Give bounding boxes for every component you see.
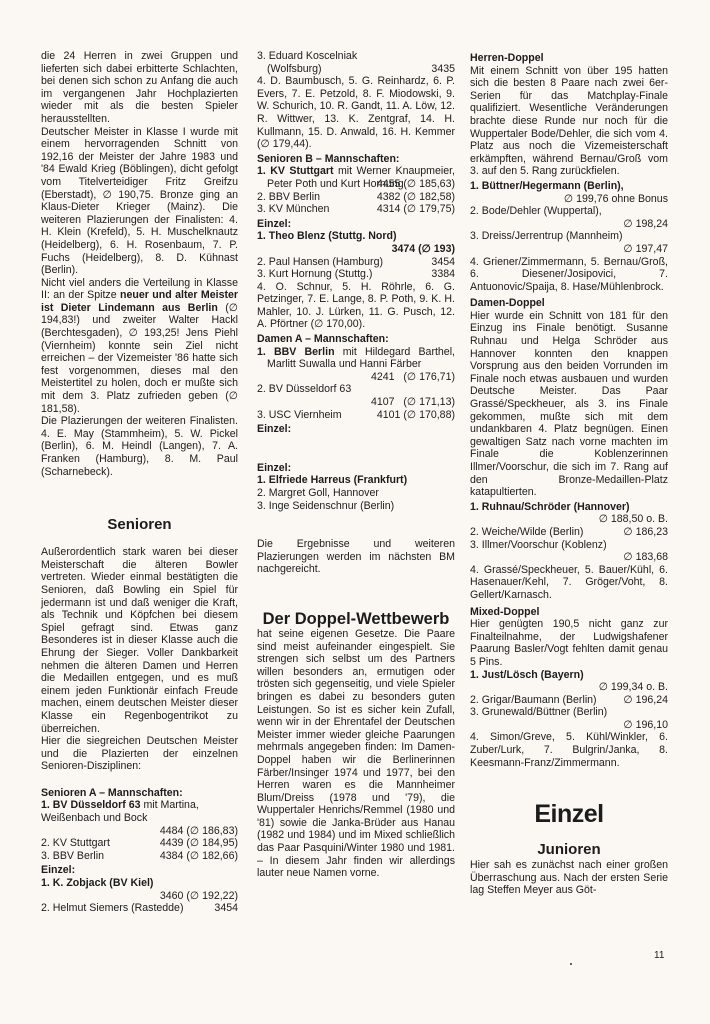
print-speck — [570, 963, 572, 965]
result-row: 3. BBV Berlin4384 (∅ 182,66) — [41, 850, 238, 863]
result-row: 2. Helmut Siemers (Rastedde)3454 — [41, 902, 238, 915]
column-2: 3. Eduard Koscelniak (Wolfsburg)3435 4. … — [257, 50, 455, 880]
mixed-doppel-winner-score: ∅ 199,34 o. B. — [470, 681, 668, 694]
result-row: 3. KV München4314 (∅ 179,75) — [257, 203, 455, 216]
herren-doppel-winner: 1. Büttner/Hegermann (Berlin), — [470, 180, 668, 193]
result-row: 2. KV Stuttgart4439 (∅ 184,95) — [41, 837, 238, 850]
damen-a-second-score: 4107 (∅ 171,13) — [257, 396, 455, 409]
mixed-doppel-third-score: ∅ 196,10 — [470, 719, 668, 732]
mixed-doppel-heading: Mixed-Doppel — [470, 606, 668, 619]
third-place-name: 3. Eduard Koscelniak — [257, 50, 455, 63]
magazine-page: die 24 Herren in zwei Gruppen und liefer… — [0, 0, 710, 1024]
damen-a-heading: Damen A – Mannschaften: — [257, 333, 455, 346]
intro-paragraph: die 24 Herren in zwei Gruppen und liefer… — [41, 50, 238, 126]
damen-doppel-third: 3. Illmer/Voorschur (Koblenz) — [470, 539, 668, 552]
damen-doppel-paragraph: Hier wurde ein Schnitt von 181 für den E… — [470, 310, 668, 499]
herren-doppel-second: 2. Bode/Dehler (Wuppertal), — [470, 205, 668, 218]
damen-doppel-winner: 1. Ruhnau/Schröder (Hannover) — [470, 501, 668, 514]
damen-a-einzel-heading: Einzel: — [257, 423, 455, 436]
einzel-winner: 1. K. Zobjack (BV Kiel) — [41, 877, 238, 890]
senioren-heading: Senioren — [41, 516, 238, 534]
damen-einzel-second: 2. Margret Goll, Hannover — [257, 487, 455, 500]
mixed-doppel-winner: 1. Just/Lösch (Bayern) — [470, 669, 668, 682]
herren-doppel-paragraph: Mit einem Schnitt von über 195 hatten si… — [470, 65, 668, 178]
damen-doppel-heading: Damen-Doppel — [470, 297, 668, 310]
herren-doppel-third-score: ∅ 197,47 — [470, 243, 668, 256]
junioren-heading: Junioren — [470, 841, 668, 859]
result-row: 2. Weiche/Wilde (Berlin)∅ 186,23 — [470, 526, 668, 539]
einzel-b-heading: Einzel: — [257, 218, 455, 231]
damen-a-winner: 1. BBV Berlin mit Hildegard Barthel, Mar… — [257, 346, 455, 371]
column-3: Herren-Doppel Mit einem Schnitt von über… — [470, 50, 668, 897]
herren-doppel-winner-score: ∅ 199,76 ohne Bonus — [470, 193, 668, 206]
damen-einzel-winner: 1. Elfriede Harreus (Frankfurt) — [257, 474, 455, 487]
mixed-doppel-paragraph: Hier genügten 190,5 nicht ganz zur Final… — [470, 618, 668, 668]
junioren-paragraph: Hier sah es zunächst nach einer großen Ü… — [470, 859, 668, 897]
column-1: die 24 Herren in zwei Gruppen und liefer… — [41, 50, 238, 915]
einzel-heading: Einzel: — [41, 864, 238, 877]
klasse1-paragraph: Deutscher Meister in Klasse I wurde mit … — [41, 126, 238, 277]
mixed-doppel-third: 3. Grunewald/Büttner (Berlin) — [470, 706, 668, 719]
senioren-a-winner-score: 4484 (∅ 186,83) — [41, 825, 238, 838]
einzel-b-placings: 4. O. Schnur, 5. H. Röhrle, 6. G. Petzin… — [257, 281, 455, 331]
results-note: Die Ergebnisse und weiteren Plazierungen… — [257, 538, 455, 576]
result-row: 2. Grigar/Baumann (Berlin)∅ 196,24 — [470, 694, 668, 707]
herren-doppel-heading: Herren-Doppel — [470, 52, 668, 65]
damen-doppel-third-score: ∅ 183,68 — [470, 551, 668, 564]
damen-a-winner-score: 4241 (∅ 176,71) — [257, 371, 455, 384]
damen-doppel-placings: 4. Grassé/Speckheuer, 5. Bauer/Kühl, 6. … — [470, 564, 668, 602]
senioren-a-heading: Senioren A – Mannschaften: — [41, 787, 238, 800]
result-row: 2. BBV Berlin4382 (∅ 182,58) — [257, 191, 455, 204]
senioren-paragraph: Außerordentlich stark waren bei dieser M… — [41, 546, 238, 735]
klasse2-paragraph: Nicht viel anders die Verteilung in Klas… — [41, 277, 238, 416]
page-number: 11 — [654, 950, 664, 961]
result-row: 3. USC Viernheim4101 (∅ 170,88) — [257, 409, 455, 422]
result-row: 3. Kurt Hornung (Stuttg.)3384 — [257, 268, 455, 281]
herren-doppel-placings: 4. Griener/Zimmermann, 5. Bernau/Groß, 6… — [470, 256, 668, 294]
herren-doppel-third: 3. Dreiss/Jerrentrup (Mannheim) — [470, 230, 668, 243]
einzel-winner-score: 3460 (∅ 192,22) — [41, 890, 238, 903]
einzel-b-winner-score: 3474 (∅ 193) — [257, 243, 455, 256]
damen-einzel-third: 3. Inge Seidenschnur (Berlin) — [257, 500, 455, 513]
doppel-heading: Der Doppel-Wettbewerb — [257, 610, 455, 628]
senioren-intro: Hier die siegreichen Deutschen Meister u… — [41, 735, 238, 773]
placings-paragraph: 4. D. Baumbusch, 5. G. Reinhardz, 6. P. … — [257, 75, 455, 151]
damen-a-second-name: 2. BV Düsseldorf 63 — [257, 383, 455, 396]
finalists-paragraph: Die Plazierungen der weiteren Finalisten… — [41, 415, 238, 478]
senioren-a-winner: 1. BV Düsseldorf 63 mit Martina, Weißenb… — [41, 799, 238, 824]
einzel-b-winner: 1. Theo Blenz (Stuttg. Nord) — [257, 230, 455, 243]
doppel-paragraph: hat seine eigenen Gesetze. Die Paare sin… — [257, 628, 455, 880]
result-row: (Wolfsburg)3435 — [257, 63, 455, 76]
damen-doppel-winner-score: ∅ 188,50 o. B. — [470, 513, 668, 526]
herren-doppel-second-score: ∅ 198,24 — [470, 218, 668, 231]
einzel-section-heading: Einzel — [470, 799, 668, 829]
mixed-doppel-placings: 4. Simon/Greve, 5. Kühl/Winkler, 6. Zube… — [470, 731, 668, 769]
result-row: 2. Paul Hansen (Hamburg)3454 — [257, 256, 455, 269]
damen-einzel-heading: Einzel: — [257, 462, 455, 475]
senioren-b-heading: Senioren B – Mannschaften: — [257, 153, 455, 166]
